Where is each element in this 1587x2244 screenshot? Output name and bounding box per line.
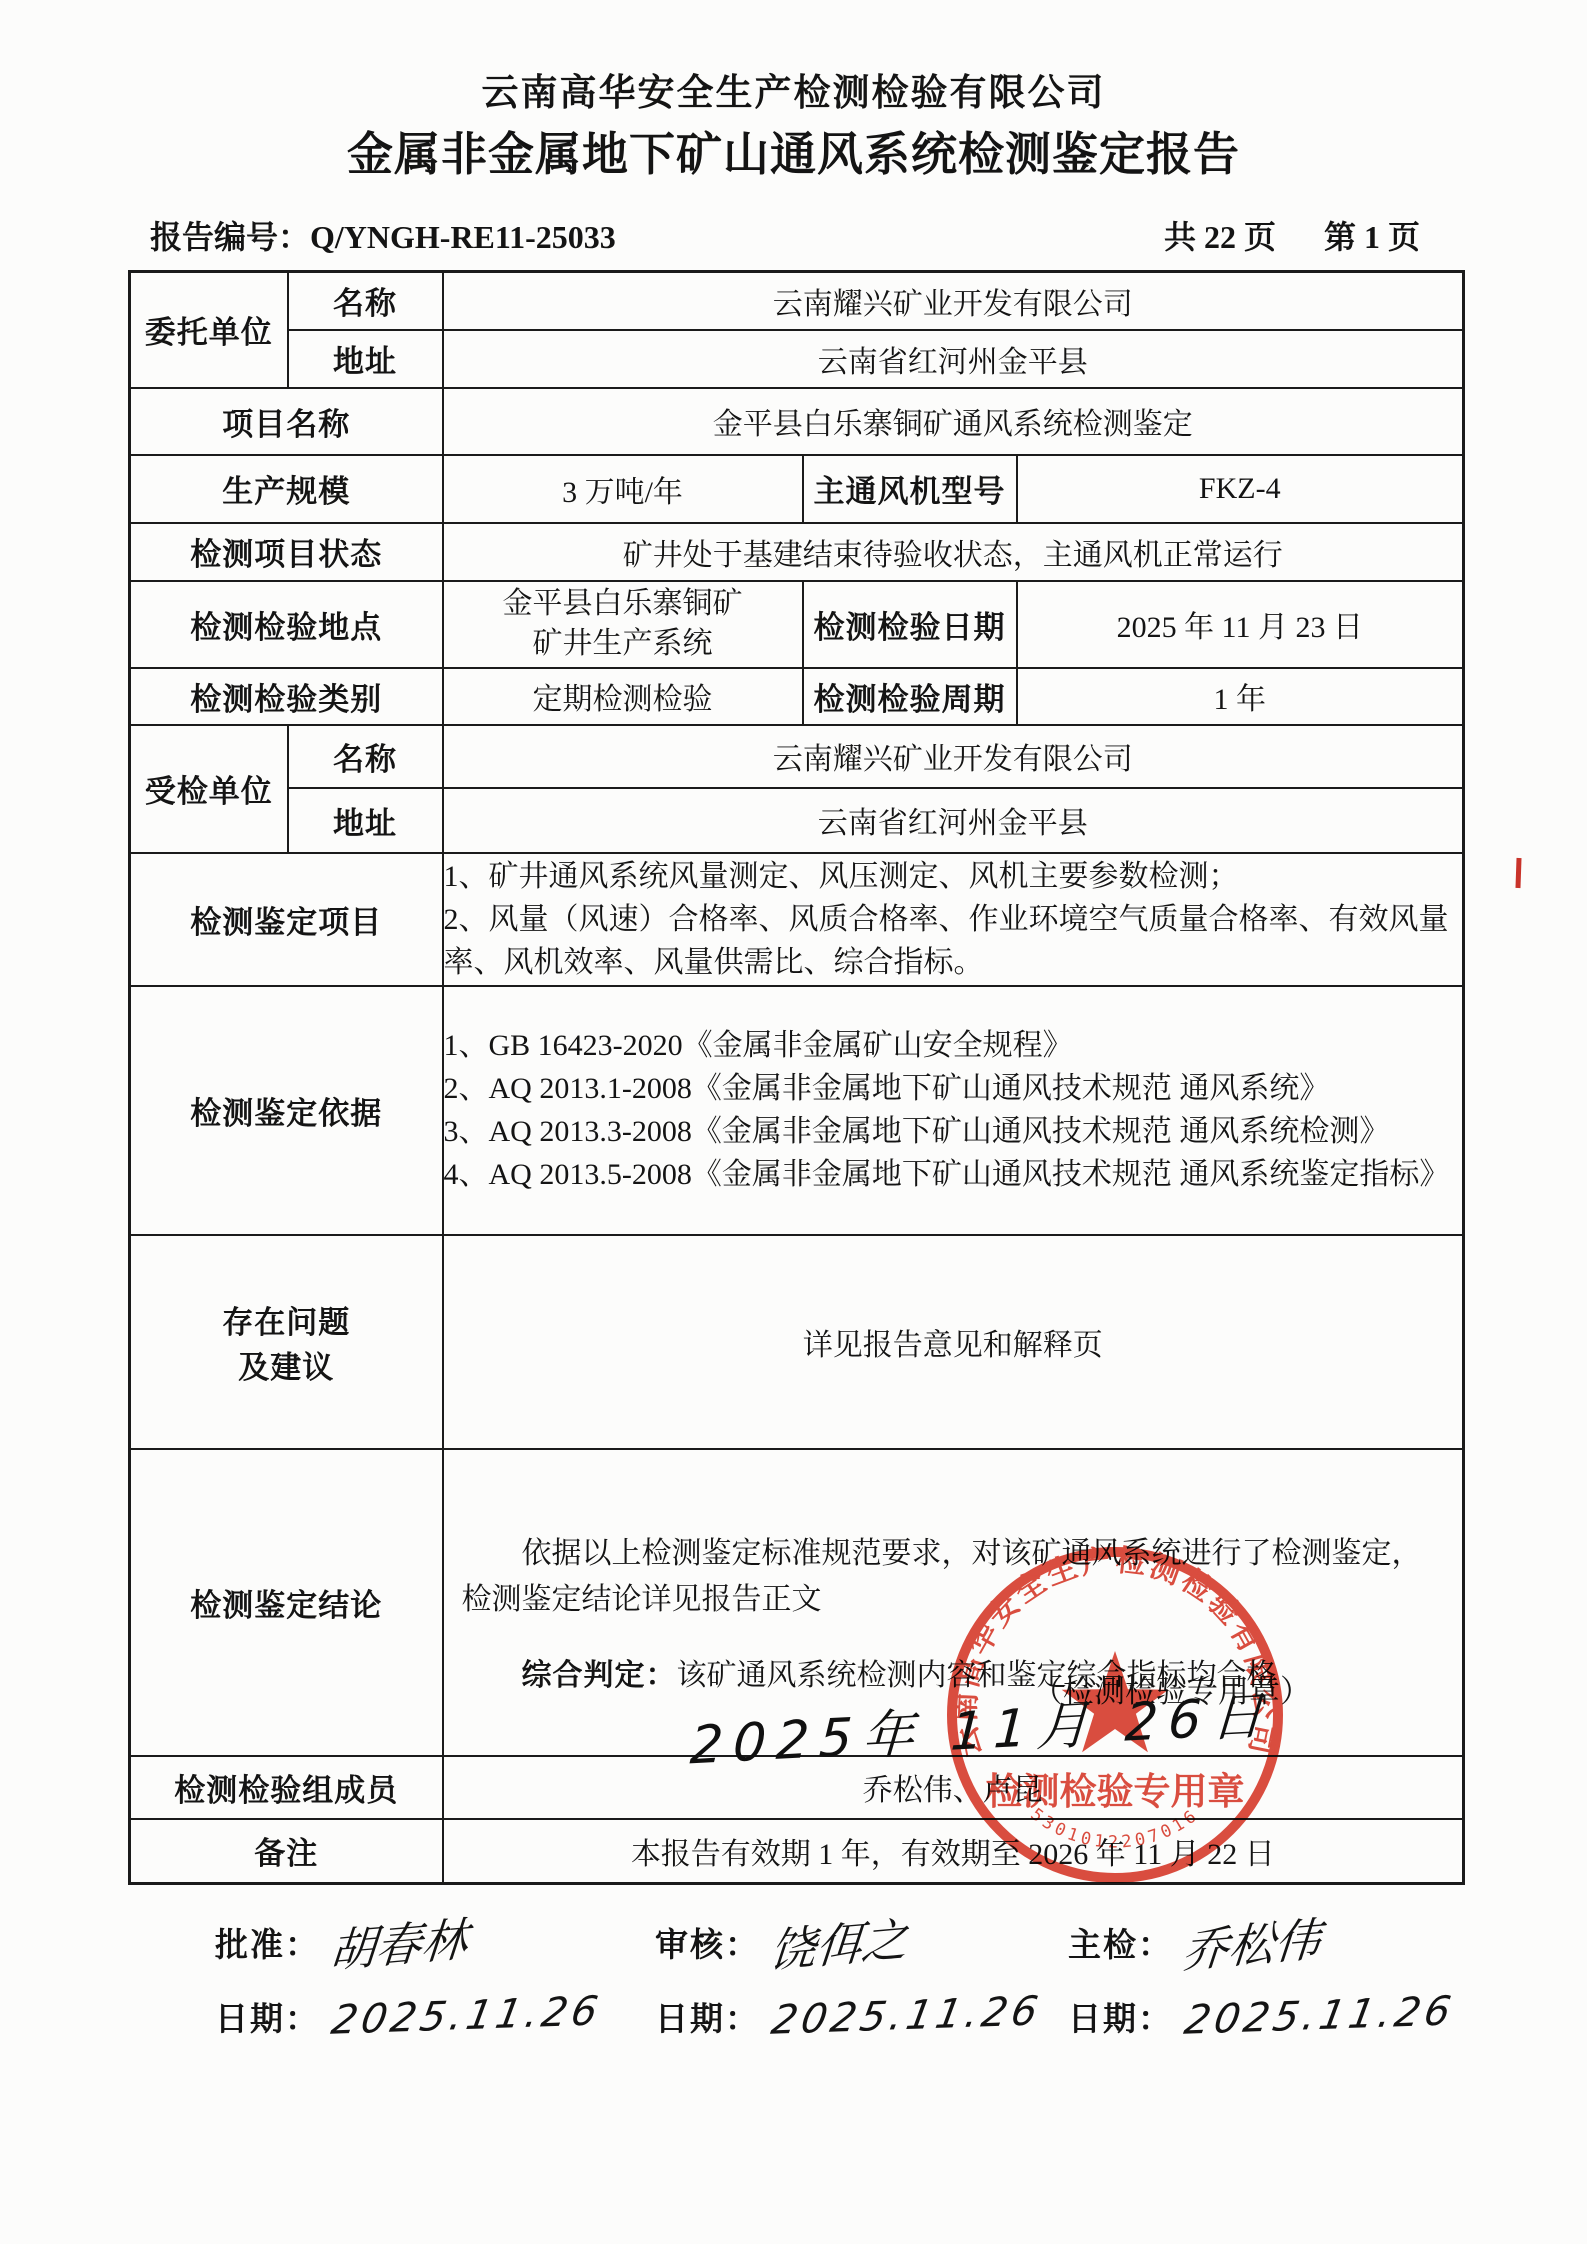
seal-handwritten-date: 2025年 11月 26日	[690, 1688, 1274, 1763]
appraisal-items-value: 1、矿井通风系统风量测定、风压测定、风机主要参数检测； 2、风量（风速）合格率、…	[443, 853, 1464, 986]
category-label: 检测检验类别	[130, 668, 443, 725]
report-number: 报告编号：Q/YNGH-RE11-25033	[150, 212, 616, 258]
approve-date: 2025.11.26	[328, 1988, 605, 2044]
review-date-label: 日期：	[655, 1993, 760, 2040]
report-meta-line: 报告编号：Q/YNGH-RE11-25033 共 22 页 第 1 页	[150, 212, 1420, 258]
seal-banner-text: 检测检验专用章	[986, 1770, 1245, 1812]
period-label: 检测检验周期	[803, 668, 1017, 725]
table-row: 存在问题 及建议 详见报告意见和解释页	[130, 1235, 1464, 1449]
review-signature: 饶佴之	[767, 1903, 910, 1982]
appraisal-basis-value: 1、GB 16423-2020《金属非金属矿山安全规程》 2、AQ 2013.1…	[443, 986, 1464, 1235]
approve-label: 批准：	[215, 1919, 320, 1966]
red-edge-mark	[1515, 858, 1521, 888]
inspection-date-label: 检测检验日期	[803, 581, 1017, 668]
conclusion-label: 检测鉴定结论	[130, 1449, 443, 1756]
inspected-name-value: 云南耀兴矿业开发有限公司	[443, 725, 1464, 788]
chief-date: 2025.11.26	[1181, 1988, 1458, 2044]
current-page: 第 1 页	[1324, 212, 1420, 258]
company-title: 云南高华安全生产检测检验有限公司	[0, 62, 1587, 116]
table-row: 检测鉴定依据 1、GB 16423-2020《金属非金属矿山安全规程》 2、AQ…	[130, 986, 1464, 1235]
review-signature-block: 审核： 饶佴之 日期： 2025.11.26	[655, 1905, 1041, 2053]
remark-label: 备注	[130, 1819, 443, 1884]
client-name-value: 云南耀兴矿业开发有限公司	[443, 272, 1464, 330]
chief-date-label: 日期：	[1068, 1993, 1173, 2040]
client-addr-value: 云南省红河州金平县	[443, 330, 1464, 388]
inspected-addr-value: 云南省红河州金平县	[443, 788, 1464, 853]
category-value: 定期检测检验	[443, 668, 803, 725]
table-row: 检测鉴定项目 1、矿井通风系统风量测定、风压测定、风机主要参数检测； 2、风量（…	[130, 853, 1464, 986]
table-row: 地址 云南省红河州金平县	[130, 788, 1464, 853]
approve-signature-block: 批准： 胡春林 日期： 2025.11.26	[215, 1905, 601, 2053]
problems-value: 详见报告意见和解释页	[443, 1235, 1464, 1449]
period-value: 1 年	[1017, 668, 1464, 725]
client-group-label: 委托单位	[130, 272, 288, 388]
table-row: 检测项目状态 矿井处于基建结束待验收状态，主通风机正常运行	[130, 523, 1464, 581]
client-addr-label: 地址	[288, 330, 443, 388]
approve-signature: 胡春林	[327, 1903, 470, 1982]
inspected-group-label: 受检单位	[130, 725, 288, 853]
client-name-label: 名称	[288, 272, 443, 330]
fan-model-value: FKZ-4	[1017, 455, 1464, 523]
appraisal-basis-label: 检测鉴定依据	[130, 986, 443, 1235]
scale-label: 生产规模	[130, 455, 443, 523]
project-name-label: 项目名称	[130, 388, 443, 455]
team-label: 检测检验组成员	[130, 1756, 443, 1819]
report-title: 金属非金属地下矿山通风系统检测鉴定报告	[0, 118, 1587, 184]
table-row: 委托单位 名称 云南耀兴矿业开发有限公司	[130, 272, 1464, 330]
chief-signature-block: 主检： 乔松伟 日期： 2025.11.26	[1068, 1905, 1454, 2053]
table-row: 检测检验类别 定期检测检验 检测检验周期 1 年	[130, 668, 1464, 725]
review-date: 2025.11.26	[768, 1988, 1045, 2044]
inspected-addr-label: 地址	[288, 788, 443, 853]
fan-model-label: 主通风机型号	[803, 455, 1017, 523]
table-row: 受检单位 名称 云南耀兴矿业开发有限公司	[130, 725, 1464, 788]
appraisal-items-label: 检测鉴定项目	[130, 853, 443, 986]
project-name-value: 金平县白乐寨铜矿通风系统检测鉴定	[443, 388, 1464, 455]
table-row: 生产规模 3 万吨/年 主通风机型号 FKZ-4	[130, 455, 1464, 523]
inspected-name-label: 名称	[288, 725, 443, 788]
report-page: 云南高华安全生产检测检验有限公司 金属非金属地下矿山通风系统检测鉴定报告 报告编…	[0, 0, 1587, 2244]
table-row: 地址 云南省红河州金平县	[130, 330, 1464, 388]
scale-value: 3 万吨/年	[443, 455, 803, 523]
location-value: 金平县白乐寨铜矿 矿井生产系统	[443, 581, 803, 668]
table-row: 检测检验地点 金平县白乐寨铜矿 矿井生产系统 检测检验日期 2025 年 11 …	[130, 581, 1464, 668]
status-value: 矿井处于基建结束待验收状态，主通风机正常运行	[443, 523, 1464, 581]
total-pages: 共 22 页	[1164, 212, 1276, 258]
approve-date-label: 日期：	[215, 1993, 320, 2040]
inspection-date-value: 2025 年 11 月 23 日	[1017, 581, 1464, 668]
status-label: 检测项目状态	[130, 523, 443, 581]
problems-label: 存在问题 及建议	[130, 1235, 443, 1449]
location-label: 检测检验地点	[130, 581, 443, 668]
chief-label: 主检：	[1068, 1919, 1173, 1966]
review-label: 审核：	[655, 1919, 760, 1966]
chief-signature: 乔松伟	[1180, 1903, 1323, 1982]
table-row: 项目名称 金平县白乐寨铜矿通风系统检测鉴定	[130, 388, 1464, 455]
